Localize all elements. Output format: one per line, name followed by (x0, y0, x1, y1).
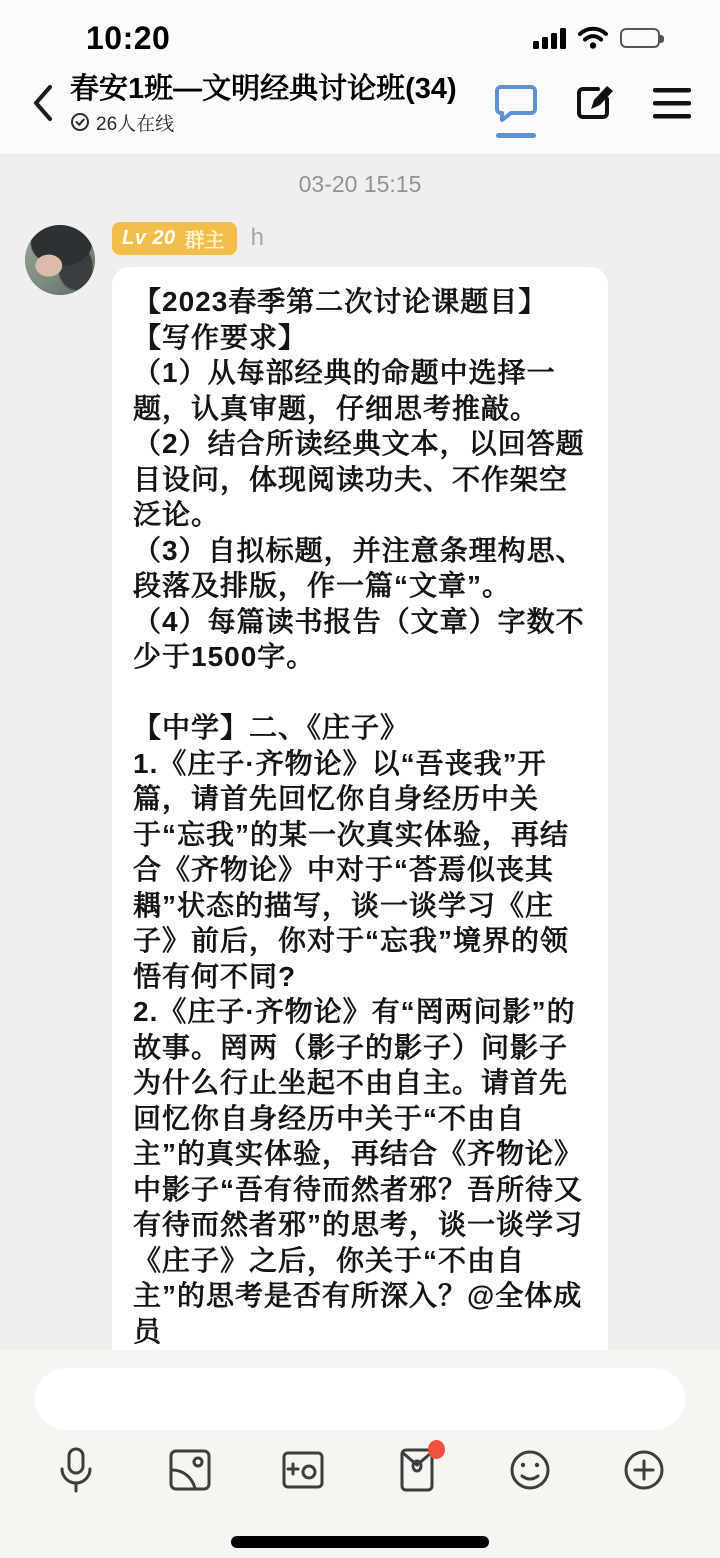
group-title: 春安1班—文明经典讨论班(34) (70, 71, 494, 107)
battery-icon (620, 28, 660, 48)
message: Lv 20 群主 h 【2023春季第二次讨论课题目】 【写作要求】 （1）从每… (25, 221, 720, 1350)
top-chrome: 10:20 (0, 0, 720, 155)
plus-icon (622, 1448, 666, 1492)
back-button[interactable] (22, 76, 64, 130)
composer-toolbar (0, 1446, 720, 1494)
compose-icon (573, 82, 615, 124)
wifi-icon (578, 26, 608, 50)
more-button[interactable] (620, 1446, 668, 1494)
chat-tab-button[interactable] (494, 76, 538, 130)
online-status: 26人在线 (70, 109, 494, 136)
sender-nickname: h (251, 224, 264, 252)
status-bar: 10:20 (0, 0, 720, 62)
online-count-label: 26人在线 (96, 109, 174, 136)
online-check-icon (70, 112, 90, 132)
chat-bubble-icon (494, 82, 538, 124)
active-tab-underline (496, 133, 536, 138)
menu-button[interactable] (650, 76, 694, 130)
microphone-icon (57, 1447, 95, 1493)
message-bubble[interactable]: 【2023春季第二次讨论课题目】 【写作要求】 （1）从每部经典的命题中选择一题… (112, 267, 608, 1350)
chat-header: 春安1班—文明经典讨论班(34) 26人在线 (0, 62, 720, 154)
chat-area: 03-20 15:15 Lv 20 群主 h 【2023春季第二次讨论课题目】 … (0, 155, 720, 1350)
header-titles[interactable]: 春安1班—文明经典讨论班(34) 26人在线 (70, 71, 494, 136)
chevron-left-icon (30, 83, 56, 123)
emoji-button[interactable] (506, 1446, 554, 1494)
red-envelope-button[interactable] (393, 1446, 441, 1494)
compose-button[interactable] (572, 76, 616, 130)
member-badge: Lv 20 群主 (112, 222, 237, 255)
message-input[interactable] (35, 1368, 685, 1430)
gallery-icon (168, 1448, 212, 1492)
emoji-icon (508, 1448, 552, 1492)
app-screen: 10:20 (0, 0, 720, 1558)
status-icons (533, 26, 660, 50)
notification-badge (428, 1440, 445, 1459)
avatar[interactable] (25, 225, 95, 295)
camera-icon (281, 1448, 325, 1492)
sender-row: Lv 20 群主 h (112, 221, 608, 255)
hamburger-menu-icon (651, 86, 693, 120)
header-actions (494, 76, 694, 130)
camera-button[interactable] (279, 1446, 327, 1494)
group-owner-badge-label: 群主 (185, 224, 225, 253)
cellular-signal-icon (533, 27, 566, 49)
clock-time: 10:20 (86, 20, 170, 57)
date-separator: 03-20 15:15 (25, 169, 695, 199)
voice-button[interactable] (52, 1446, 100, 1494)
composer (0, 1350, 720, 1558)
home-indicator[interactable] (231, 1536, 489, 1548)
message-column: Lv 20 群主 h 【2023春季第二次讨论课题目】 【写作要求】 （1）从每… (112, 221, 608, 1350)
gallery-button[interactable] (166, 1446, 214, 1494)
level-badge-label: Lv 20 (122, 227, 176, 250)
